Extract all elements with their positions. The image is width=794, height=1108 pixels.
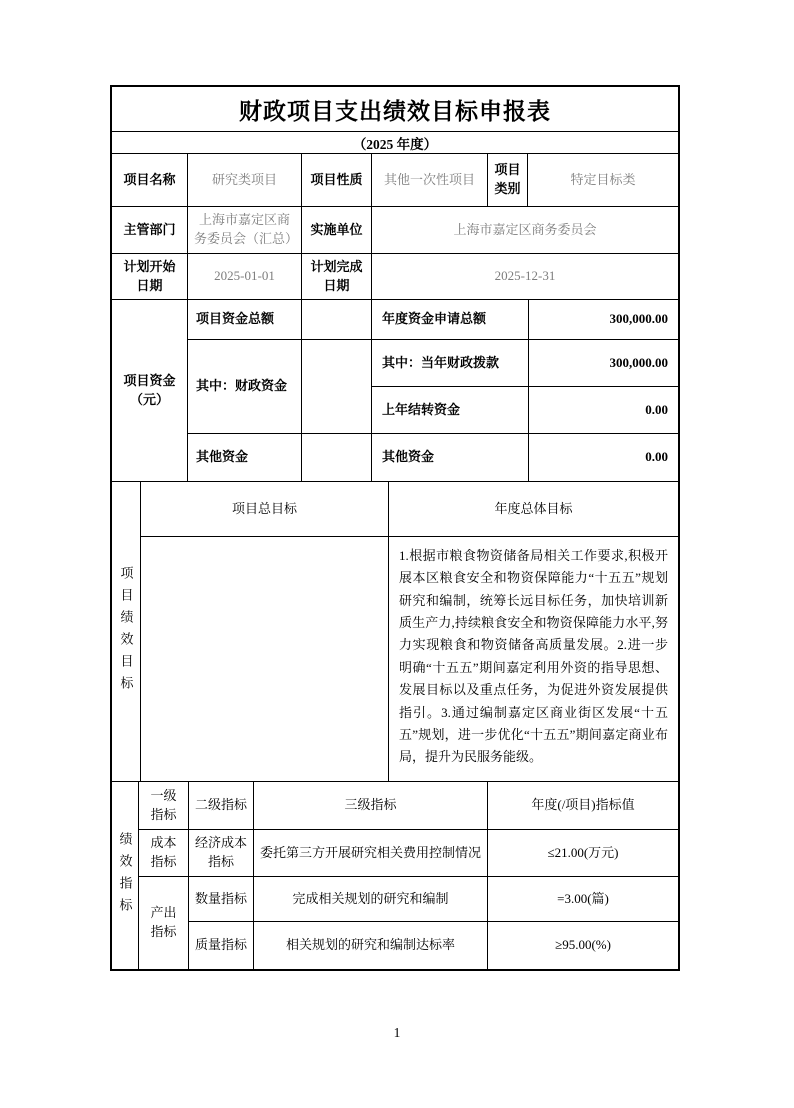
carryover-value: 0.00: [529, 387, 678, 434]
indicator-header-level3: 三级指标: [254, 782, 488, 830]
annual-goal-text: 1.根据市粮食物资储备局相关工作要求,积极开展本区粮食安全和物资保障能力“十五五…: [389, 537, 678, 782]
project-nature-label: 项目性质: [302, 154, 372, 207]
indicators-section-label-text: 绩效指标: [119, 832, 132, 920]
annual-request-value: 300,000.00: [529, 300, 678, 340]
indicator-level1-cell: 成本指标: [139, 830, 189, 877]
indicator-header-value: 年度(/项目)指标值: [488, 782, 678, 830]
goals-section-label: 项目绩效目标: [112, 482, 141, 782]
overall-goal-text: [141, 537, 389, 782]
fiscal-funds-label: 其中：财政资金: [188, 340, 302, 434]
form-year-subtitle: （2025 年度）: [112, 132, 678, 154]
dept-label: 主管部门: [112, 207, 188, 254]
overall-goal-header: 项目总目标: [141, 482, 389, 537]
goals-section-label-text: 项目绩效目标: [120, 566, 133, 698]
indicators-section-label: 绩效指标: [112, 782, 139, 969]
funds-total-label: 项目资金总额: [188, 300, 302, 340]
indicator-level2-cell: 质量指标: [189, 922, 254, 969]
indicator-level3-cell: 相关规划的研究和编制达标率: [254, 922, 488, 969]
indicator-level3-cell: 完成相关规划的研究和编制: [254, 877, 488, 922]
current-appropriation-value: 300,000.00: [529, 340, 678, 387]
performance-goals-section: 项目绩效目标 项目总目标 年度总体目标 1.根据市粮食物资储备局相关工作要求,积…: [112, 482, 678, 782]
other-funds-label: 其他资金: [372, 434, 529, 482]
project-name-label: 项目名称: [112, 154, 188, 207]
document-page: 财政项目支出绩效目标申报表 （2025 年度） 项目名称 研究类项目 项目性质 …: [0, 0, 794, 1108]
annual-request-label: 年度资金申请总额: [372, 300, 529, 340]
indicator-value-cell: ≤21.00(万元): [488, 830, 678, 877]
start-date-value: 2025-01-01: [188, 254, 302, 300]
project-category-label: 项目类别: [488, 154, 528, 207]
funds-empty-cell: [302, 340, 372, 434]
dept-value: 上海市嘉定区商务委员会（汇总）: [188, 207, 302, 254]
page-number: 1: [0, 1025, 794, 1041]
project-nature-value: 其他一次性项目: [372, 154, 488, 207]
funds-empty-cell: [302, 434, 372, 482]
project-name-value: 研究类项目: [188, 154, 302, 207]
funds-section-label: 项目资金（元）: [112, 300, 188, 482]
start-date-label: 计划开始日期: [112, 254, 188, 300]
other-funds-left-label: 其他资金: [188, 434, 302, 482]
unit-label: 实施单位: [302, 207, 372, 254]
end-date-label: 计划完成日期: [302, 254, 372, 300]
indicator-header-level1: 一级指标: [139, 782, 189, 830]
project-funds-section: 项目资金（元） 项目资金总额 年度资金申请总额 300,000.00 其中：财政…: [112, 300, 678, 482]
indicator-value-cell: ≥95.00(%): [488, 922, 678, 969]
indicator-level2-cell: 经济成本指标: [189, 830, 254, 877]
indicator-level3-cell: 委托第三方开展研究相关费用控制情况: [254, 830, 488, 877]
end-date-value: 2025-12-31: [372, 254, 678, 300]
form-title: 财政项目支出绩效目标申报表: [112, 87, 678, 132]
indicator-level1-cell: 产出指标: [139, 877, 189, 969]
project-category-value: 特定目标类: [528, 154, 678, 207]
declaration-form-table: 财政项目支出绩效目标申报表 （2025 年度） 项目名称 研究类项目 项目性质 …: [110, 85, 680, 971]
carryover-label: 上年结转资金: [372, 387, 529, 434]
current-appropriation-label: 其中：当年财政拨款: [372, 340, 529, 387]
basic-info-section: 项目名称 研究类项目 项目性质 其他一次性项目 项目类别 特定目标类 主管部门 …: [112, 154, 678, 300]
indicator-header-level2: 二级指标: [189, 782, 254, 830]
performance-indicators-section: 绩效指标 一级指标 二级指标 三级指标 年度(/项目)指标值 成本指标 经济成本…: [112, 782, 678, 969]
unit-value: 上海市嘉定区商务委员会: [372, 207, 678, 254]
indicator-level2-cell: 数量指标: [189, 877, 254, 922]
other-funds-value: 0.00: [529, 434, 678, 482]
annual-goal-header: 年度总体目标: [389, 482, 678, 537]
funds-empty-cell: [302, 300, 372, 340]
indicator-value-cell: =3.00(篇): [488, 877, 678, 922]
